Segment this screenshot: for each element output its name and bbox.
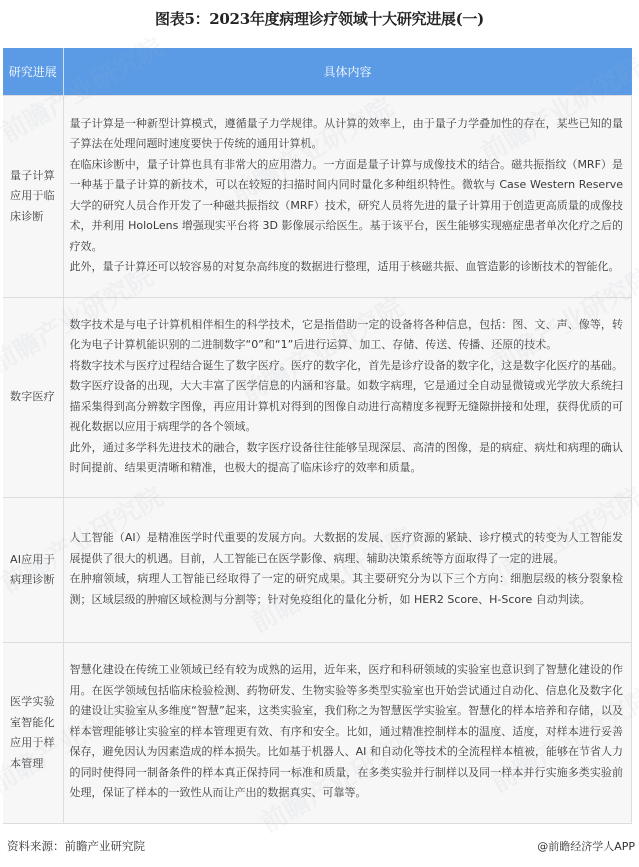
credit-note: @前瞻经济学人APP bbox=[537, 838, 635, 854]
column-header-content: 具体内容 bbox=[63, 48, 632, 96]
row-content: 人工智能（AI）是精准医学时代重要的发展方向。大数据的发展、医疗资源的紧缺、诊疗… bbox=[63, 498, 632, 643]
row-label: 医学实验室智能化应用于样本管理 bbox=[3, 643, 63, 824]
source-note: 资料来源：前瞻产业研究院 bbox=[7, 838, 145, 854]
figure-title: 图表5：2023年度病理诊疗领域十大研究进展(一) bbox=[0, 8, 639, 29]
research-progress-table: 研究进展 具体内容 量子计算应用于临床诊断 量子计算是一种新型计算模式，遵循量子… bbox=[3, 48, 632, 824]
content-paragraph: 智慧化建设在传统工业领域已经有较为成熟的运用，近年来，医疗和科研领域的实验室也意… bbox=[70, 660, 624, 804]
content-paragraph: 人工智能（AI）是精准医学时代重要的发展方向。大数据的发展、医疗资源的紧缺、诊疗… bbox=[70, 528, 624, 569]
content-paragraph: 将数字技术与医疗过程结合诞生了数字医疗。医疗的数字化，首先是诊疗设备的数字化，这… bbox=[70, 356, 624, 438]
table-row: 量子计算应用于临床诊断 量子计算是一种新型计算模式，遵循量子力学规律。从计算的效… bbox=[3, 96, 632, 298]
row-label: AI应用于病理诊断 bbox=[3, 498, 63, 643]
row-content: 数字技术是与电子计算机相伴相生的科学技术，它是指借助一定的设备将各种信息，包括：… bbox=[63, 298, 632, 498]
table-row: AI应用于病理诊断 人工智能（AI）是精准医学时代重要的发展方向。大数据的发展、… bbox=[3, 498, 632, 643]
content-paragraph: 在肿瘤领域，病理人工智能已经取得了一定的研究成果。其主要研究分为以下三个方向：细… bbox=[70, 569, 624, 610]
content-paragraph: 量子计算是一种新型计算模式，遵循量子力学规律。从计算的效率上，由于量子力学叠加性… bbox=[70, 114, 624, 155]
content-paragraph: 此外，通过多学科先进技术的融合，数字医疗设备往往能够呈现深层、高清的图像，是的病… bbox=[70, 438, 624, 479]
table-header-row: 研究进展 具体内容 bbox=[3, 48, 632, 96]
row-content: 量子计算是一种新型计算模式，遵循量子力学规律。从计算的效率上，由于量子力学叠加性… bbox=[63, 96, 632, 298]
table-row: 医学实验室智能化应用于样本管理 智慧化建设在传统工业领域已经有较为成熟的运用，近… bbox=[3, 643, 632, 824]
row-label: 量子计算应用于临床诊断 bbox=[3, 96, 63, 298]
row-label: 数字医疗 bbox=[3, 298, 63, 498]
content-paragraph: 在临床诊断中，量子计算也具有非常大的应用潜力。一方面是量子计算与成像技术的结合。… bbox=[70, 155, 624, 258]
content-paragraph: 此外，量子计算还可以较容易的对复杂高纬度的数据进行整理，适用于核磁共振、血管造影… bbox=[70, 257, 624, 278]
content-paragraph: 数字技术是与电子计算机相伴相生的科学技术，它是指借助一定的设备将各种信息，包括：… bbox=[70, 315, 624, 356]
row-content: 智慧化建设在传统工业领域已经有较为成熟的运用，近年来，医疗和科研领域的实验室也意… bbox=[63, 643, 632, 824]
column-header-progress: 研究进展 bbox=[3, 48, 63, 96]
table-row: 数字医疗 数字技术是与电子计算机相伴相生的科学技术，它是指借助一定的设备将各种信… bbox=[3, 298, 632, 498]
